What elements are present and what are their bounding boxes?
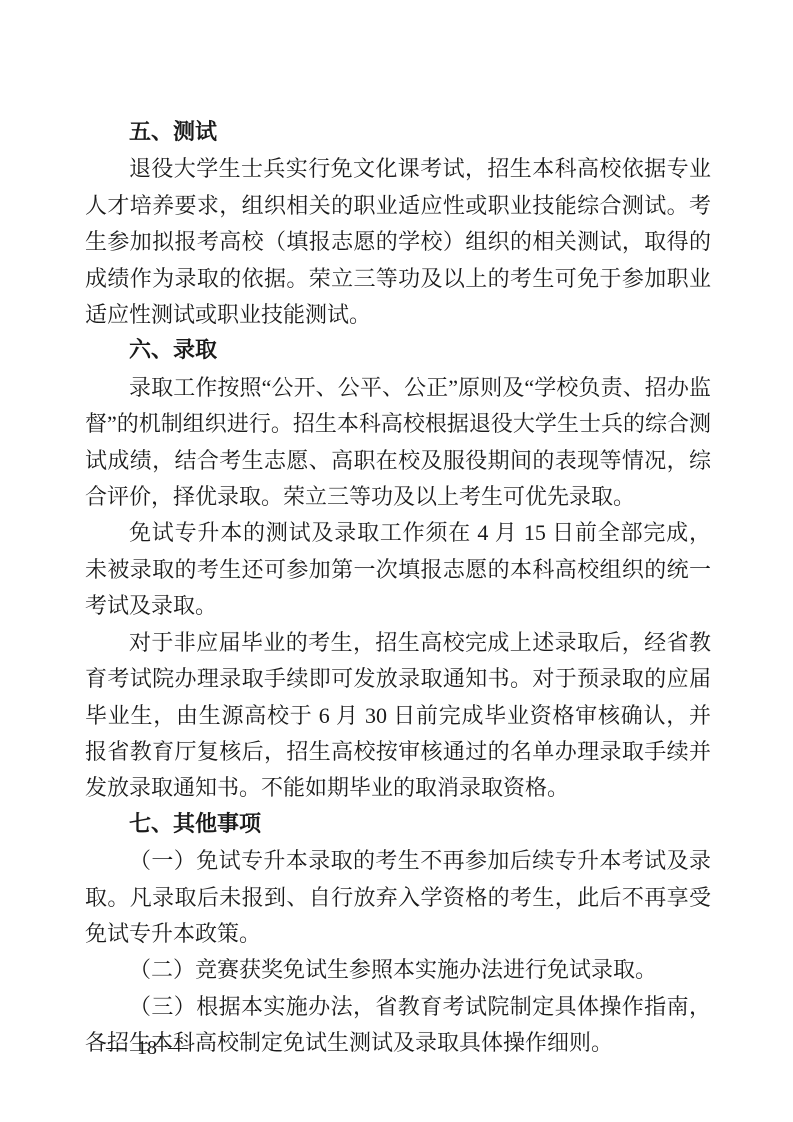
paragraph-admission-deadline: 免试专升本的测试及录取工作须在 4 月 15 日前全部完成，未被录取的考生还可参… (85, 515, 711, 624)
section-heading-other-matters: 七、其他事项 (85, 807, 711, 843)
page-number: 18 (137, 1037, 157, 1060)
section-heading-admission: 六、录取 (85, 333, 711, 369)
paragraph-other-item-2: （二）竞赛获奖免试生参照本实施办法进行免试录取。 (85, 952, 711, 988)
document-body: 五、测试 退役大学生士兵实行免文化课考试，招生本科高校依据专业人才培养要求，组织… (85, 115, 711, 1062)
paragraph-admission-procedures: 对于非应届毕业的考生，招生高校完成上述录取后，经省教育考试院办理录取手续即可发放… (85, 625, 711, 807)
paragraph-other-item-1: （一）免试专升本录取的考生不再参加后续专升本考试及录取。凡录取后未报到、自行放弃… (85, 843, 711, 952)
page-footer: —18— (95, 1037, 199, 1060)
paragraph-test-body: 退役大学生士兵实行免文化课考试，招生本科高校依据专业人才培养要求，组织相关的职业… (85, 151, 711, 333)
section-heading-test: 五、测试 (85, 115, 711, 151)
paragraph-admission-principles: 录取工作按照“公开、公平、公正”原则及“学校负责、招办监督”的机制组织进行。招生… (85, 370, 711, 516)
footer-dash-right: — (168, 1036, 188, 1059)
footer-dash-left: — (106, 1036, 126, 1059)
document-page: 五、测试 退役大学生士兵实行免文化课考试，招生本科高校依据专业人才培养要求，组织… (0, 0, 793, 1122)
